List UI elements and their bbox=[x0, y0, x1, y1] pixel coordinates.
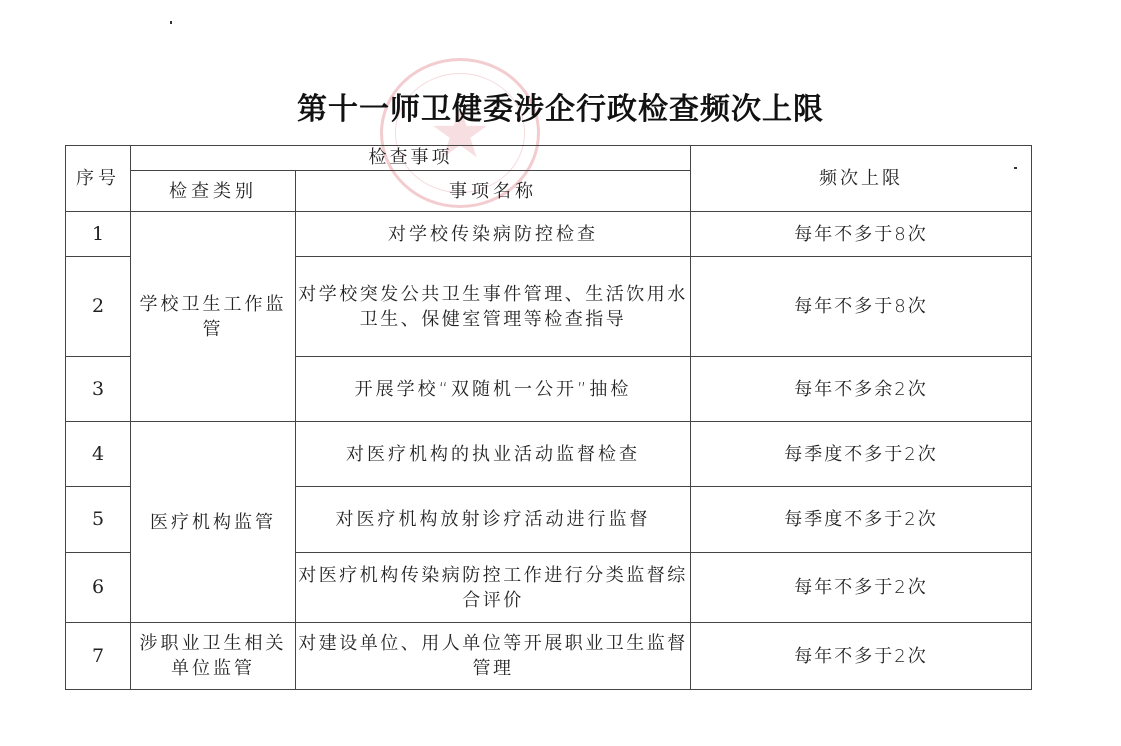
frequency-value: 每季度不多于2次 bbox=[691, 422, 1032, 487]
item-name: 开展学校“双随机一公开”抽检 bbox=[296, 357, 691, 422]
table-row: 1 学校卫生工作监管 对学校传染病防控检查 每年不多于8次 bbox=[66, 212, 1032, 257]
row-seq: 6 bbox=[66, 553, 131, 623]
table-row: 4 医疗机构监管 对医疗机构的执业活动监督检查 每季度不多于2次 bbox=[66, 422, 1032, 487]
frequency-value: 每年不多余2次 bbox=[691, 357, 1032, 422]
row-seq: 2 bbox=[66, 257, 131, 357]
row-seq: 1 bbox=[66, 212, 131, 257]
item-name: 对学校突发公共卫生事件管理、生活饮用水卫生、保健室管理等检查指导 bbox=[296, 257, 691, 357]
category-cell: 医疗机构监管 bbox=[131, 422, 296, 623]
header-inspection-group: 检查事项 bbox=[131, 146, 691, 171]
header-item-name: 事项名称 bbox=[296, 171, 691, 212]
inspection-frequency-table: 序号 检查事项 频次上限 检查类别 事项名称 1 学校卫生工作监管 对学校传染病… bbox=[65, 145, 1032, 690]
header-category: 检查类别 bbox=[131, 171, 296, 212]
item-name: 对学校传染病防控检查 bbox=[296, 212, 691, 257]
category-cell: 学校卫生工作监管 bbox=[131, 212, 296, 422]
row-seq: 3 bbox=[66, 357, 131, 422]
item-name: 对建设单位、用人单位等开展职业卫生监督管理 bbox=[296, 623, 691, 690]
row-seq: 4 bbox=[66, 422, 131, 487]
scan-speck bbox=[170, 21, 172, 24]
item-name: 对医疗机构传染病防控工作进行分类监督综合评价 bbox=[296, 553, 691, 623]
category-cell: 涉职业卫生相关单位监管 bbox=[131, 623, 296, 690]
item-name: 对医疗机构放射诊疗活动进行监督 bbox=[296, 487, 691, 553]
table-row: 7 涉职业卫生相关单位监管 对建设单位、用人单位等开展职业卫生监督管理 每年不多… bbox=[66, 623, 1032, 690]
header-frequency: 频次上限 bbox=[691, 146, 1032, 212]
header-seq: 序号 bbox=[66, 146, 131, 212]
frequency-value: 每年不多于8次 bbox=[691, 212, 1032, 257]
document-title: 第十一师卫健委涉企行政检查频次上限 bbox=[0, 84, 1121, 128]
row-seq: 5 bbox=[66, 487, 131, 553]
header-row-1: 序号 检查事项 频次上限 bbox=[66, 146, 1032, 171]
frequency-value: 每年不多于8次 bbox=[691, 257, 1032, 357]
frequency-value: 每年不多于2次 bbox=[691, 623, 1032, 690]
frequency-value: 每年不多于2次 bbox=[691, 553, 1032, 623]
item-name: 对医疗机构的执业活动监督检查 bbox=[296, 422, 691, 487]
frequency-value: 每季度不多于2次 bbox=[691, 487, 1032, 553]
row-seq: 7 bbox=[66, 623, 131, 690]
